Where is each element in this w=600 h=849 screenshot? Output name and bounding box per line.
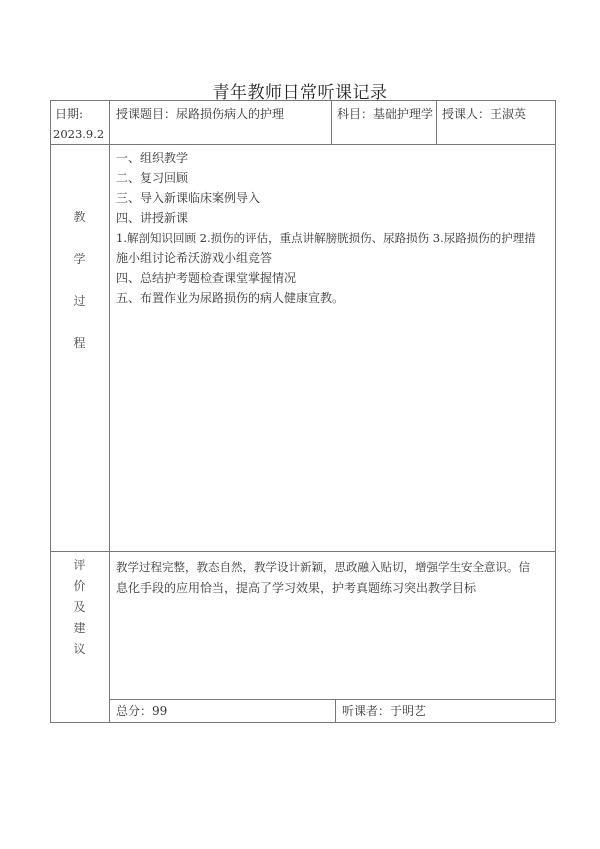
observer: 听课者：于明艺 <box>342 700 426 722</box>
topic-subject-divider <box>331 100 332 144</box>
process-line: 二、复习回顾 <box>116 167 188 189</box>
subject-teacher-divider <box>436 100 437 144</box>
label-column-divider <box>109 100 110 722</box>
evaluation-line: 教学过程完整，教态自然，教学设计新颖，思政融入贴切，增强学生安全意识。信 <box>116 556 530 578</box>
process-line: 四、总结护考题检查课堂掌握情况 <box>116 267 296 289</box>
lesson-topic: 授课题目：尿路损伤病人的护理 <box>116 103 284 125</box>
evaluation-line: 息化手段的应用恰当，提高了学习效果，护考真题练习突出教学目标 <box>116 577 476 599</box>
evaluation-label-char: 价 <box>50 577 109 594</box>
subject: 科目：基础护理学 <box>337 103 433 125</box>
process-line: 四、讲授新课 <box>116 207 188 229</box>
process-line: 1.解剖知识回顾 2.损伤的评估，重点讲解膀胱损伤、尿路损伤 3.尿路损伤的护理… <box>116 227 536 249</box>
process-row-divider <box>50 551 555 552</box>
evaluation-label-char: 评 <box>50 556 109 573</box>
evaluation-label-char: 议 <box>50 640 109 657</box>
teacher: 授课人：王淑英 <box>442 103 526 125</box>
process-label-char: 过 <box>50 292 109 309</box>
process-label-char: 教 <box>50 208 109 225</box>
table-border-top <box>50 100 555 101</box>
process-line: 五、布置作业为尿路损伤的病人健康宣教。 <box>116 287 344 309</box>
header-row-divider <box>50 144 555 145</box>
evaluation-label-char: 建 <box>50 619 109 636</box>
process-label-char: 学 <box>50 250 109 267</box>
score-observer-divider <box>335 699 336 722</box>
process-line: 一、组织教学 <box>116 147 188 169</box>
total-score: 总分：99 <box>116 700 167 722</box>
footer-row-divider <box>109 699 555 700</box>
table-border-right <box>555 100 556 722</box>
date-label: 日期: <box>55 103 83 125</box>
process-line: 三、导入新课临床案例导入 <box>116 187 260 209</box>
process-line: 施小组讨论希沃游戏小组竞答 <box>116 247 272 269</box>
process-label-char: 程 <box>50 334 109 351</box>
evaluation-label-char: 及 <box>50 598 109 615</box>
date-value: 2023.9.2 <box>53 123 104 145</box>
table-border-bottom <box>50 722 555 723</box>
